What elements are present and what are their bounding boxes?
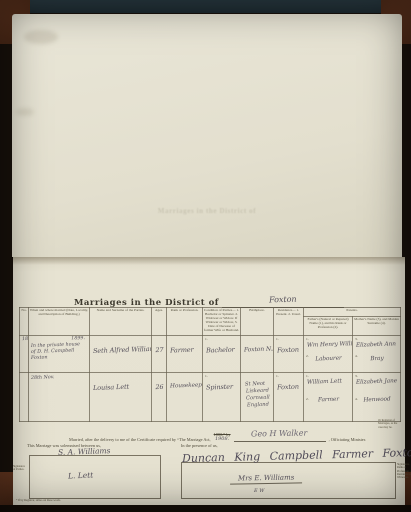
groom-condition: Bachelor [206,345,238,354]
photographed-register-book: { "upper_page": { "bleedthrough_text": "… [0,0,411,512]
cell-birthplace-groom: Foxton N.Z. [241,336,274,373]
groom-age: 27 [155,346,164,354]
witness2-initials: E W [254,488,264,494]
header-row-group: No. When and where married (Date, Locali… [20,308,401,317]
printed-guide-number: 1. [276,337,279,341]
witness2-signature: Mrs E. Williams [230,473,302,484]
groom-mother-name: Elizabeth Ann [356,341,398,348]
cell-rank-bride: Housekeeper [167,373,203,422]
groom-birthplace: Foxton N.Z. [244,346,271,354]
minister-margin-note: Or Registrar of Marriages, as the case m… [378,419,402,429]
cell-when-where-bride: 28th Nov. [29,373,90,422]
printed-guide-number: 1. [205,374,208,378]
groom-signature: S. A. Williams [58,446,111,457]
groom-mother-maiden: Bray [356,355,398,362]
cell-mother-groom: 3. 4. Elizabeth Ann Bray [353,336,401,373]
bleedthrough-text: Marriages in the District of [12,207,402,215]
column-header-rank: Rank or Profession. [167,308,203,336]
cell-entry-no-2 [20,373,29,422]
cell-rank-groom: Farmer [167,336,203,373]
upper-blank-page: Marriages in the District of [12,14,402,257]
cell-name-groom: Seth Alfred Williams [90,336,152,373]
bride-signature: L. Lett [68,471,94,481]
parties-margin-note: Signatures of Parties. [13,465,27,472]
bride-mother-maiden: Henwood [356,396,398,403]
groom-father-rank: Labourer [307,355,350,362]
cell-when-where-groom: 1899. In the private house of D. H. Camp… [29,336,90,373]
cell-age-groom: 27 [152,336,167,373]
column-header-when-where: When and where married (Date, Locality, … [29,308,90,336]
bride-father-rank: Farmer [307,396,350,403]
marriage-register-page: Marriages in the District of Foxton No. … [13,257,405,505]
district-handwritten: Foxton [269,295,297,305]
cell-father-bride: 1. 2. William Lett Farmer [304,373,353,422]
paper-smudge [24,30,58,44]
column-header-father: Father's (Natural or Reputed) Name (1), … [304,317,353,336]
bride-birthplace-line: Cornwall [246,395,272,402]
cell-birthplace-bride: St Neot Liskeard Cornwall England [241,373,274,422]
column-header-birthplace: Birthplace. [241,308,274,336]
marriage-act-declaration: Married, after the delivery to me of the… [69,423,366,442]
marriage-date: 28th Nov. [31,374,88,381]
cell-mother-bride: 3. 4. Elizabeth Jane Henwood [353,373,401,422]
bride-mother-name: Elizabeth Jane [356,378,398,385]
witnesses-margin-note: Signatures, Rank or Profession, and Resi… [397,463,411,480]
bride-age: 26 [155,383,164,391]
printed-guide-number: 1. [276,374,279,378]
printed-guide-number: 3. [355,337,358,341]
registrar-footnote: * If by Registrar, strike out these word… [16,499,61,502]
minister-signature: Geo H Walker [251,429,307,439]
marriage-register-table: No. When and where married (Date, Locali… [19,307,401,422]
column-header-condition: Condition of Parties— 1. Bachelor or Spi… [203,308,241,336]
column-header-no: No. [20,308,29,336]
column-header-ages: Ages. [152,308,167,336]
witness1-signature: Duncan King Campbell Farmer Foxton [182,446,411,465]
page-title: Marriages in the District of Foxton [13,289,405,308]
cell-father-groom: 1. 2. Wm Henry Williams Labourer [304,336,353,373]
bride-father-name: William Lett [307,378,350,385]
bride-birthplace-line: England [247,402,272,409]
printed-guide-number: 1. [205,337,208,341]
column-header-name: Name and Surname of the Parties. [90,308,152,336]
book-cover-bottom-edge [0,505,411,512]
presence-label: In the presence of us, [181,443,218,448]
table-row-groom: 18. 1899. In the private house of D. H. … [20,336,401,373]
groom-name: Seth Alfred Williams [93,345,149,355]
column-header-parents-group: Parents. [304,308,401,317]
book-spine-edge [0,0,411,13]
cell-name-bride: Louisa Lett [90,373,152,422]
printed-guide-number: 3. [355,374,358,378]
act-declaration-text: Married, after the delivery to me of the… [69,437,211,442]
act-year-amendment: 1880,” by 1908. [214,433,231,442]
column-header-residence: Residence— 1. Present. 2. Usual. [274,308,304,336]
act-year-handwritten: 1908. [215,437,229,442]
bride-residence: Foxton [277,383,301,392]
column-header-mother: Mother's Name (3), and Maiden Surname (4… [353,317,401,336]
witnesses-signature-box: Duncan King Campbell Farmer Foxton Mrs E… [181,462,396,499]
groom-rank: Farmer [170,345,200,354]
marriage-place-line: Foxton [31,354,88,361]
table-row-bride: 28th Nov. Louisa Lett 26 Housekeeper 1. … [20,373,401,422]
parties-signature-box: S. A. Williams L. Lett [29,455,161,499]
entry-number: 18. [22,337,27,342]
cell-condition-bride: 1. Spinster [203,373,241,422]
bride-rank: Housekeeper [170,382,200,389]
printed-guide-number: 1. [306,374,309,378]
groom-residence: Foxton [277,346,301,355]
printed-guide-number: 1. [306,337,309,341]
cell-condition-groom: 1. Bachelor [203,336,241,373]
bride-birthplace-line: Liskeard [246,388,272,395]
minister-signature-line: Geo H Walker [234,423,326,442]
bride-name: Louisa Lett [93,382,149,392]
bride-birthplace-line: St Neot [245,381,272,388]
officiating-minister-label: , Officiating Minister. [329,437,366,442]
cell-residence-bride: 1. Foxton [274,373,304,422]
cell-age-bride: 26 [152,373,167,422]
bride-condition: Spinster [206,382,238,391]
district-blank-line: Foxton [222,289,344,308]
paper-smudge [16,108,34,116]
cell-residence-groom: 1. Foxton [274,336,304,373]
groom-father-name: Wm Henry Williams [307,341,350,348]
cell-entry-no: 18. [20,336,29,373]
